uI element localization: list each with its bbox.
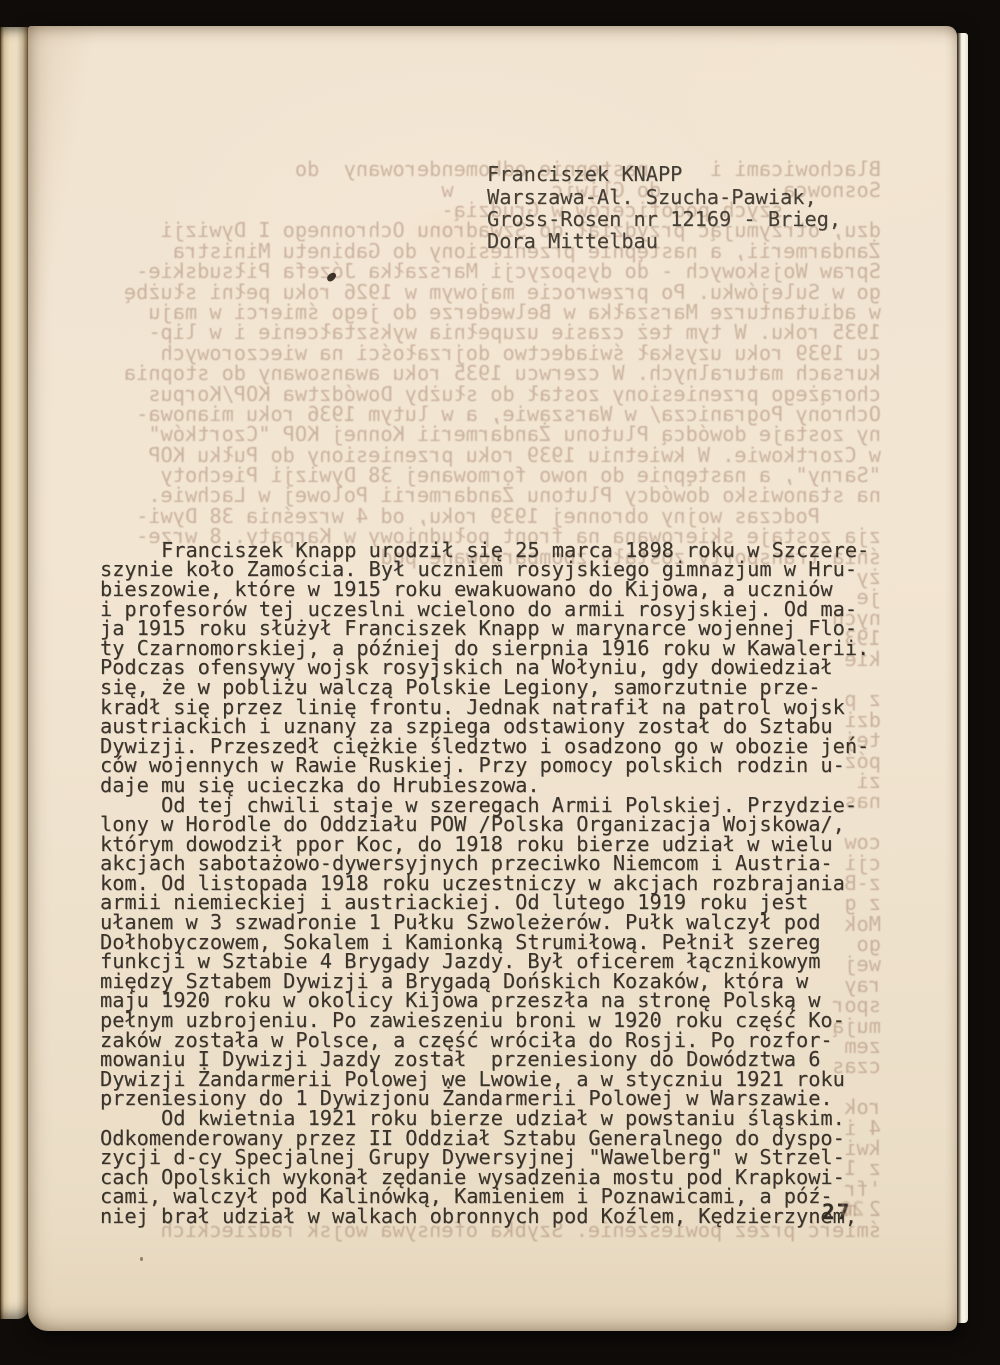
header-line: Warszawa-Al. Szucha-Pawiak,: [487, 186, 841, 208]
header-line: Gross-Rosen nr 12169 - Brieg,: [487, 208, 841, 230]
bleedthrough-page-number: 28: [840, 1197, 864, 1221]
underlying-page-edge: [957, 33, 968, 1323]
book-gutter-page-edge: [0, 27, 29, 1319]
bleedthrough-line: Ochrony Pogranicza/ w Warszawie, a w lut…: [95, 404, 881, 424]
bleedthrough-line: Spraw Wojskowych - do dyspozycji Marszał…: [95, 261, 881, 281]
bleedthrough-line: go w Sulejówku. Po przewrocie majowym w …: [95, 282, 881, 302]
prisoner-header-block: Franciszek KNAPPWarszawa-Al. Szucha-Pawi…: [487, 96, 841, 253]
bleedthrough-line: 1935 roku. W tym też czasie uzupełnia wy…: [95, 322, 881, 342]
header-line: Dora Mittelbau: [487, 230, 841, 252]
paper-speck: [140, 1257, 143, 1261]
bleedthrough-line: w adiutanturze Marszałka w Belwederze do…: [95, 302, 881, 322]
biography-text-block: Franciszek Knapp urodził się 25 marca 18…: [100, 482, 869, 1227]
header-line: Franciszek KNAPP: [487, 163, 841, 185]
bleedthrough-line: ny zostaje dowódcą Plutonu Żandarmerii K…: [95, 424, 881, 444]
bleedthrough-line: w Czortkowie. W kwietniu 1939 roku przen…: [95, 445, 881, 465]
book-scan: Blachowicami i następnie odkomenderowany…: [0, 0, 1000, 1365]
bleedthrough-line: kursach maturalnych. W czerwcu 1935 roku…: [95, 363, 881, 383]
bleedthrough-line: chorążego przeniesiony został do służby …: [95, 384, 881, 404]
text-line: niej brał udział w walkach obronnych pod…: [100, 1207, 869, 1227]
scanned-page: Blachowicami i następnie odkomenderowany…: [28, 26, 957, 1331]
bleedthrough-line: cu 1939 roku uzyskał świadectwo dojrzało…: [95, 343, 881, 363]
